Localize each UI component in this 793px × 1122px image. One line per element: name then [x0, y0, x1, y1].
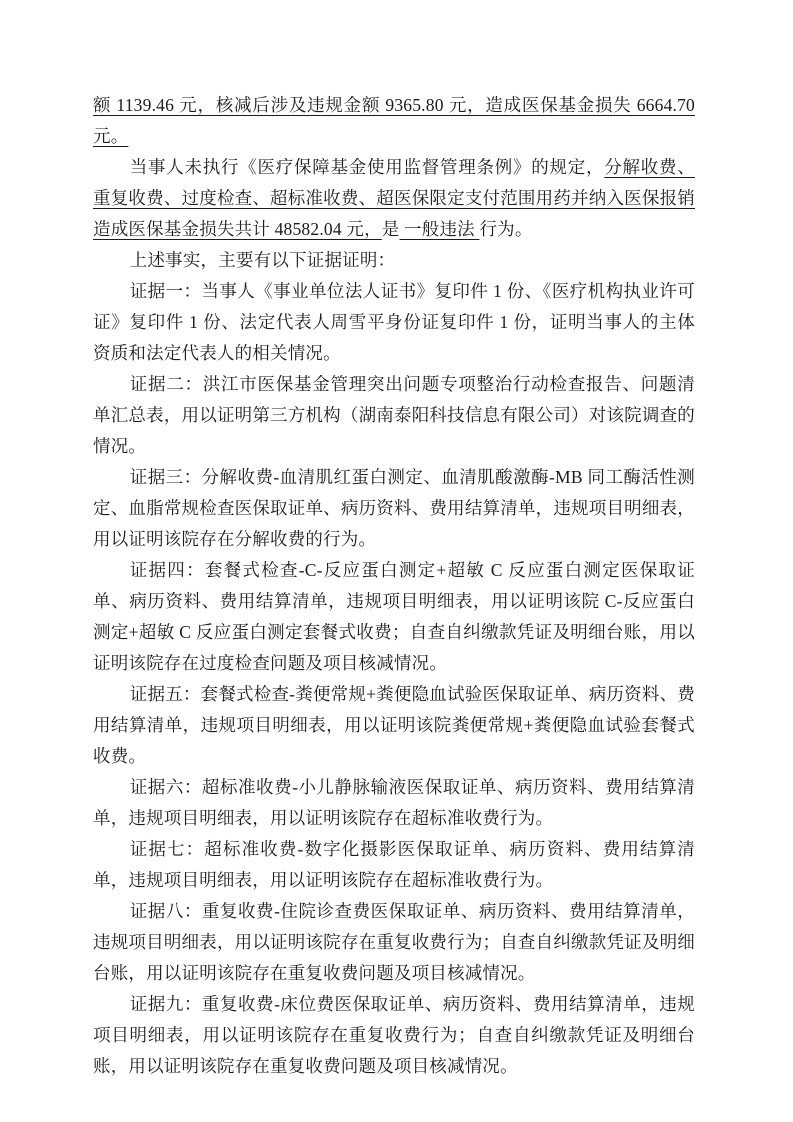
text-run: 证据二：洪江市医保基金管理突出问题专项整治行动检查报告、问题清单汇总表，用以证明… — [93, 374, 695, 456]
paragraph-carryover-loss-amounts: 额 1139.46 元，核减后涉及违规金额 9365.80 元，造成医保基金损失… — [93, 90, 695, 152]
paragraph-evidence-intro: 上述事实，主要有以下证据证明： — [93, 245, 695, 276]
text-run: 上述事实，主要有以下证据证明： — [130, 250, 396, 270]
paragraph-evidence-2: 证据二：洪江市医保基金管理突出问题专项整治行动检查报告、问题清单汇总表，用以证明… — [93, 369, 695, 462]
paragraph-evidence-5: 证据五：套餐式检查-粪便常规+粪便隐血试验医保取证单、病历资料、费用结算清单，违… — [93, 679, 695, 772]
paragraph-evidence-7: 证据七：超标准收费-数字化摄影医保取证单、病历资料、费用结算清单，违规项目明细表… — [93, 834, 695, 896]
paragraph-evidence-4: 证据四：套餐式检查-C-反应蛋白测定+超敏 C 反应蛋白测定医保取证单、病历资料… — [93, 555, 695, 679]
text-run: 是 — [382, 219, 400, 239]
text-run: 证据六：超标准收费-小儿静脉输液医保取证单、病历资料、费用结算清单，违规项目明细… — [93, 777, 695, 828]
paragraph-evidence-3: 证据三：分解收费-血清肌红蛋白测定、血清肌酸激酶-MB 同工酶活性测定、血脂常规… — [93, 462, 695, 555]
paragraph-evidence-9: 证据九：重复收费-床位费医保取证单、病历资料、费用结算清单，违规项目明细表，用以… — [93, 989, 695, 1082]
text-run: 证据三：分解收费-血清肌红蛋白测定、血清肌酸激酶-MB 同工酶活性测定、血脂常规… — [93, 467, 695, 549]
text-run-underlined-blank-fill: 一般违法 — [399, 219, 479, 239]
document-page: 额 1139.46 元，核减后涉及违规金额 9365.80 元，造成医保基金损失… — [0, 0, 793, 1122]
text-run: 证据四：套餐式检查-C-反应蛋白测定+超敏 C 反应蛋白测定医保取证单、病历资料… — [93, 560, 695, 673]
paragraph-violation-summary: 当事人未执行《医疗保障基金使用监督管理条例》的规定，分解收费、重复收费、过度检查… — [93, 152, 695, 245]
paragraph-evidence-1: 证据一：当事人《事业单位法人证书》复印件 1 份、《医疗机构执业许可证》复印件 … — [93, 276, 695, 369]
text-run: 证据一：当事人《事业单位法人证书》复印件 1 份、《医疗机构执业许可证》复印件 … — [93, 281, 695, 363]
text-run: 证据八：重复收费-住院诊查费医保取证单、病历资料、费用结算清单，违规项目明细表，… — [93, 901, 695, 983]
text-run: 证据九：重复收费-床位费医保取证单、病历资料、费用结算清单，违规项目明细表，用以… — [93, 994, 695, 1076]
text-run: 额 1139.46 元，核减后涉及违规金额 9365.80 元，造成医保基金损失… — [93, 95, 695, 146]
paragraph-evidence-6: 证据六：超标准收费-小儿静脉输液医保取证单、病历资料、费用结算清单，违规项目明细… — [93, 772, 695, 834]
text-run: 证据五：套餐式检查-粪便常规+粪便隐血试验医保取证单、病历资料、费用结算清单，违… — [93, 684, 695, 766]
text-run: 证据七：超标准收费-数字化摄影医保取证单、病历资料、费用结算清单，违规项目明细表… — [93, 839, 695, 890]
document-text-block: 额 1139.46 元，核减后涉及违规金额 9365.80 元，造成医保基金损失… — [93, 90, 695, 1082]
paragraph-evidence-8: 证据八：重复收费-住院诊查费医保取证单、病历资料、费用结算清单，违规项目明细表，… — [93, 896, 695, 989]
text-run: 行为。 — [479, 219, 532, 239]
text-run: 当事人未执行《医疗保障基金使用监督管理条例》的规定， — [130, 157, 605, 177]
